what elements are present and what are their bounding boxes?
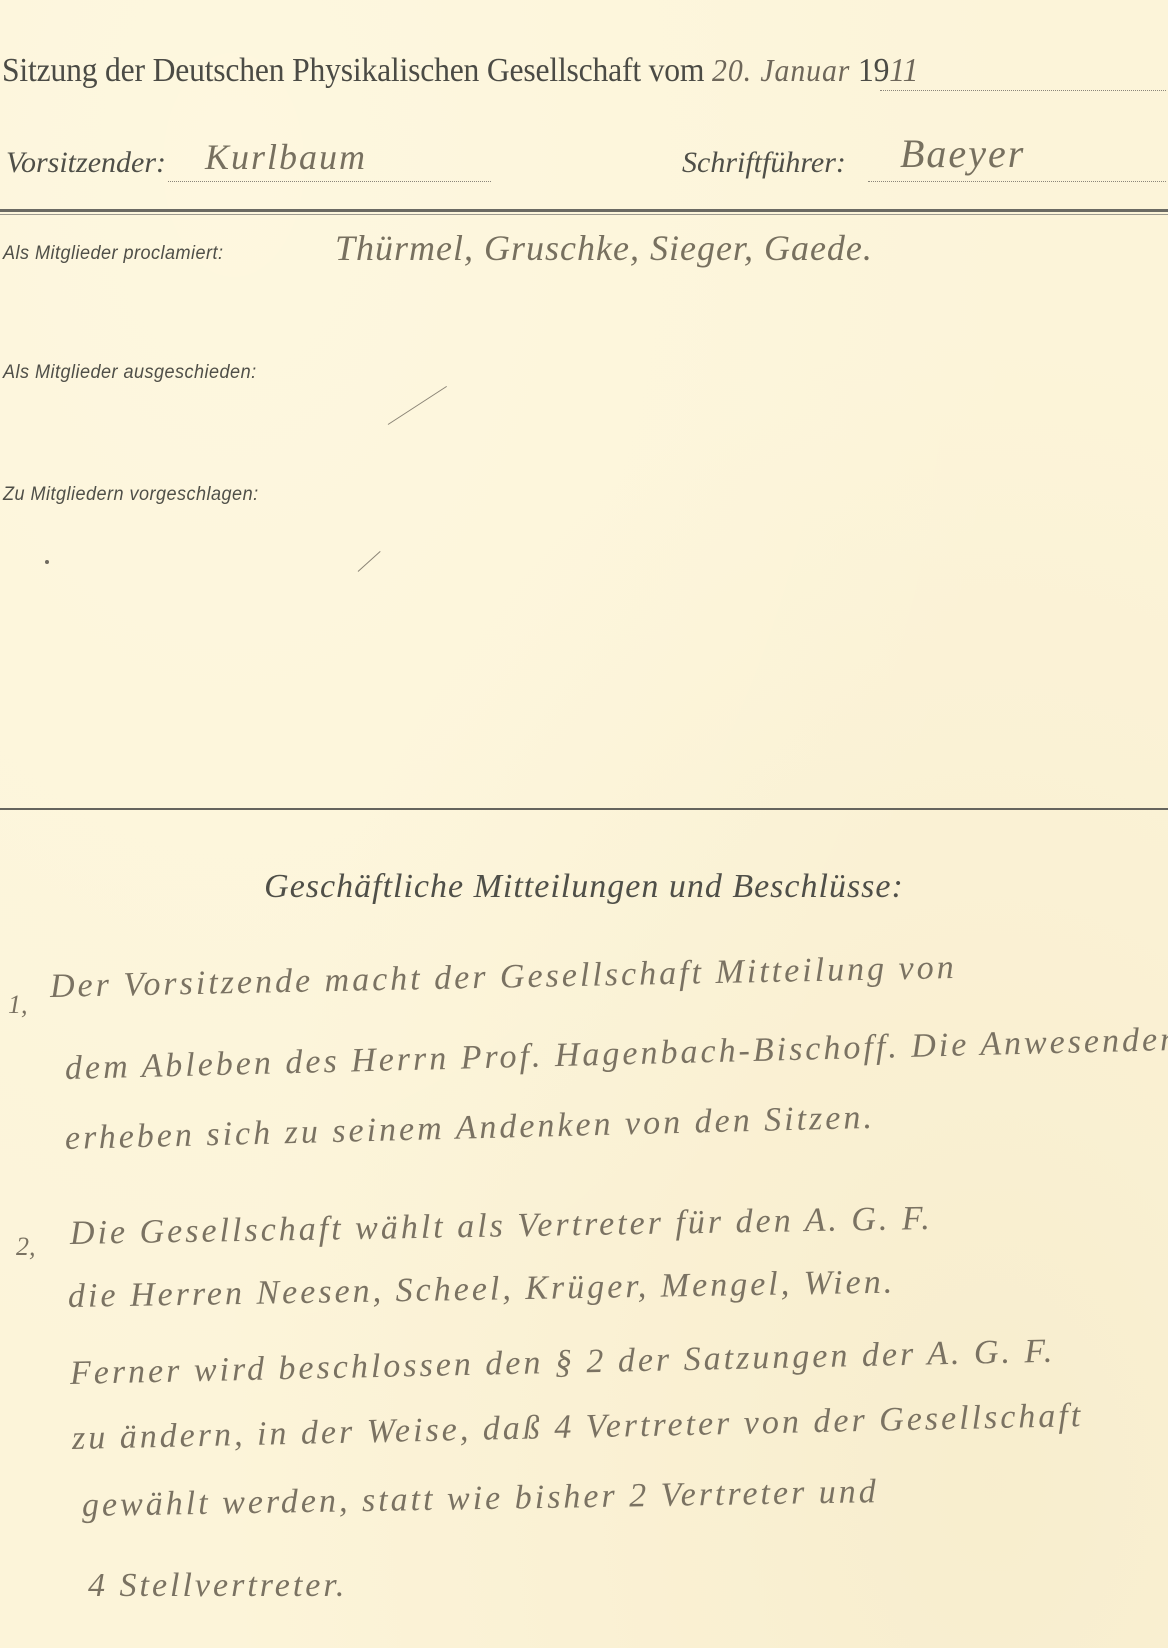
chair-label: Vorsitzender: — [6, 146, 166, 180]
section-divider — [0, 808, 1168, 810]
business-heading: Geschäftliche Mitteilungen und Beschlüss… — [0, 868, 1168, 906]
handwritten-line: Ferner wird beschlossen den § 2 der Satz… — [70, 1333, 1056, 1393]
printed-year: 19 — [858, 52, 889, 89]
proclaimed-value: Thürmel, Gruschke, Sieger, Gaede. — [335, 227, 873, 269]
chair-dotted-line — [168, 181, 491, 182]
secretary-dotted-line — [868, 181, 1166, 182]
ink-speck — [45, 560, 49, 564]
item-number: 2, — [16, 1232, 36, 1262]
proposed-empty-mark — [358, 551, 381, 572]
item-number: 1, — [8, 990, 28, 1020]
document-page: Sitzung der Deutschen Physikalischen Ges… — [0, 0, 1168, 1648]
proclaimed-label: Als Mitglieder proclamiert: — [3, 243, 223, 265]
page-title: Sitzung der Deutschen Physikalischen Ges… — [2, 52, 918, 90]
handwritten-line: Die Gesellschaft wählt als Vertreter für… — [70, 1200, 933, 1253]
title-prefix: Sitzung der Deutschen Physikalischen Ges… — [2, 52, 704, 89]
secretary-value: Baeyer — [900, 130, 1025, 177]
handwritten-line: 4 Stellvertreter. — [88, 1567, 347, 1605]
handwritten-line: die Herren Neesen, Scheel, Krüger, Menge… — [68, 1264, 896, 1316]
handwritten-line: gewählt werden, statt wie bisher 2 Vertr… — [82, 1473, 879, 1525]
handwritten-line: zu ändern, in der Weise, daß 4 Vertreter… — [72, 1397, 1084, 1458]
handwritten-line: dem Ableben des Herrn Prof. Hagenbach-Bi… — [65, 1021, 1168, 1088]
header-divider — [0, 209, 1168, 215]
date-dotted-line — [880, 90, 1166, 91]
proposed-label: Zu Mitgliedern vorgeschlagen: — [3, 484, 259, 506]
secretary-label: Schriftführer: — [682, 146, 846, 180]
handwritten-line: erheben sich zu seinem Andenken von den … — [65, 1099, 876, 1158]
resigned-empty-mark — [388, 386, 447, 425]
resigned-label: Als Mitglieder ausgeschieden: — [3, 362, 257, 384]
handwritten-line: Der Vorsitzende macht der Gesellschaft M… — [50, 949, 957, 1006]
chair-value: Kurlbaum — [205, 136, 367, 178]
handwritten-date: 20. Januar — [712, 52, 850, 88]
handwritten-year: 11 — [889, 52, 918, 89]
